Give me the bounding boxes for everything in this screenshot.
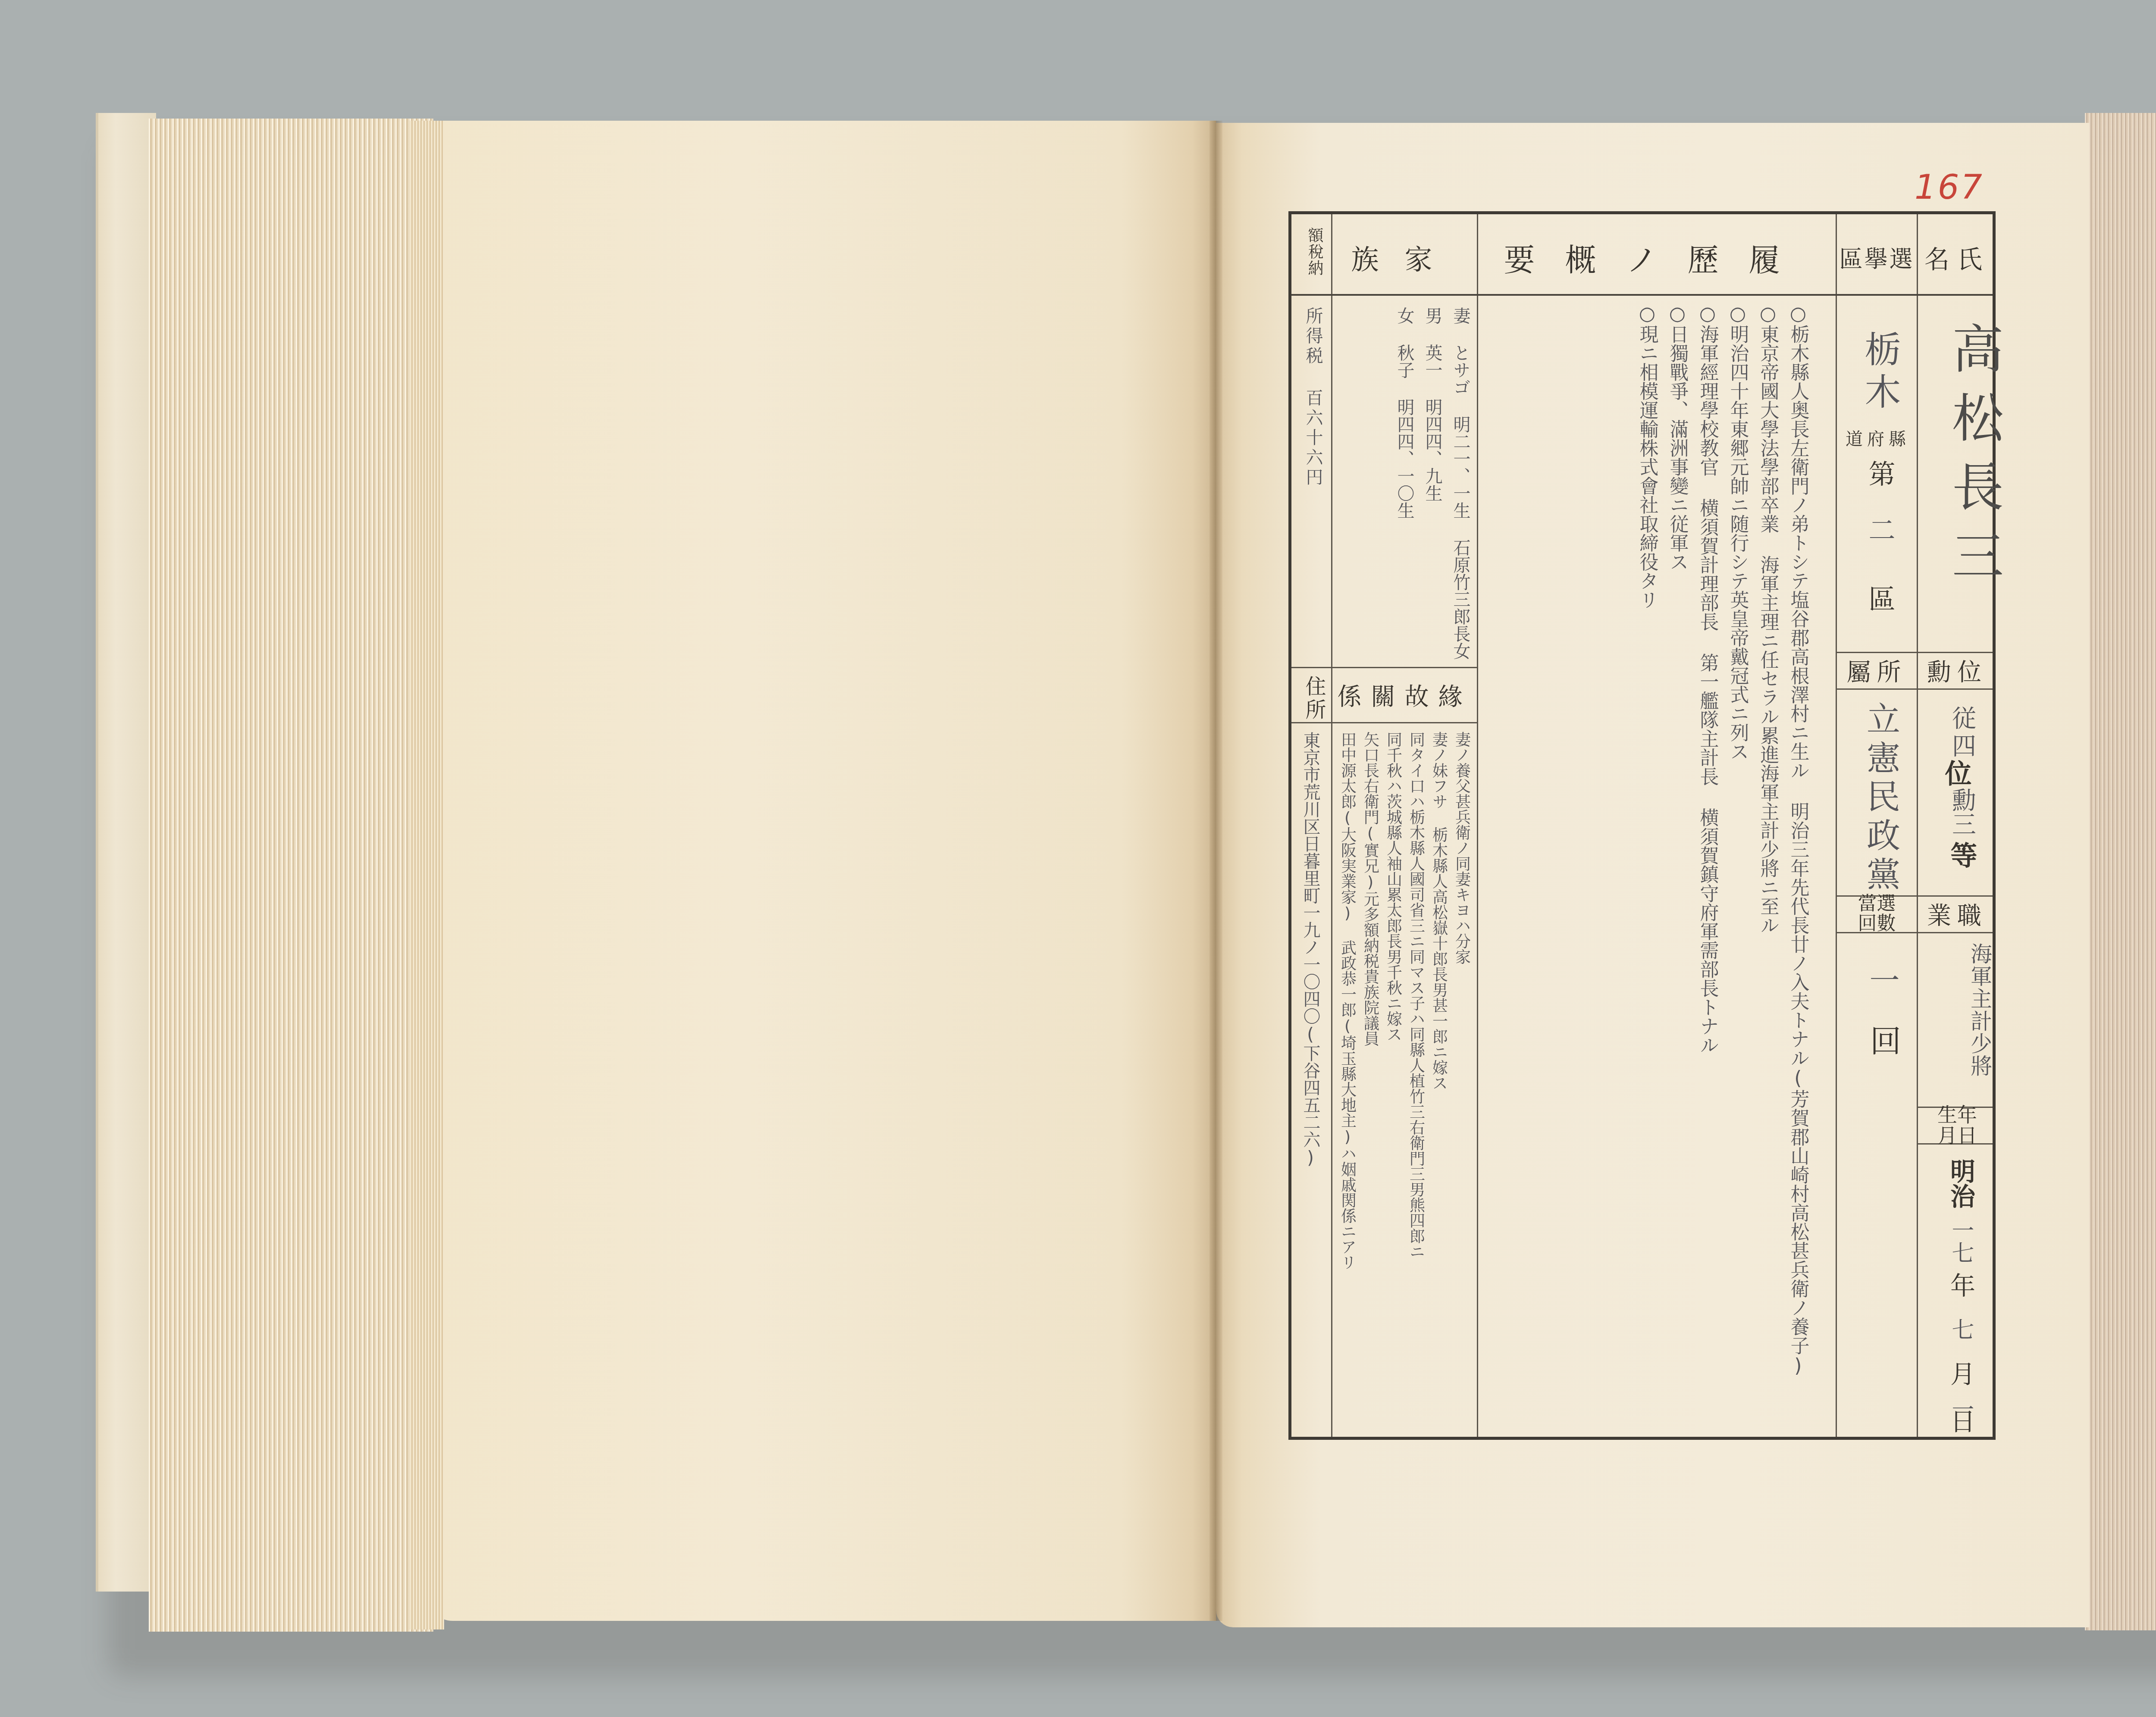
times-elected-unit: 回 bbox=[1861, 1025, 1905, 1056]
header-career-summary: 要概ノ歷履 bbox=[1479, 223, 1835, 292]
address-value: 東京市荒川区日暮里町一九ノ一〇四〇(下谷四五二六) bbox=[1301, 732, 1320, 1168]
row-divider bbox=[1918, 688, 1993, 690]
header-divider bbox=[1291, 294, 1993, 296]
left-page-stack bbox=[149, 119, 433, 1632]
book-gutter bbox=[1210, 121, 1222, 1621]
header-relations: 係關故緣 bbox=[1332, 668, 1477, 721]
occupation-value: 海軍主計少將 bbox=[1964, 943, 1995, 1077]
row-divider bbox=[1332, 722, 1477, 723]
district-prefecture: 栃木 bbox=[1854, 331, 1906, 415]
birth-month-unit: 月 bbox=[1943, 1361, 1979, 1386]
district-prefecture-suffix: 道府縣 bbox=[1846, 425, 1910, 450]
header-party: 屬所 bbox=[1837, 653, 1917, 688]
col-divider bbox=[1477, 214, 1478, 1437]
district-number-prefix: 第 bbox=[1861, 460, 1899, 487]
relation-entry: 妻ノ妹フサ 栃木縣人高松嶽十郎長男甚一郎ニ嫁ス bbox=[1430, 732, 1448, 1091]
header-address: 住所 bbox=[1299, 676, 1329, 722]
relation-entry: 矢口長右衛門(實兄)元多額納税貴族院議員 bbox=[1362, 732, 1379, 1046]
member-record-form: 名氏 高松長三 勳位 従四 位 勳三 等 業職 海軍主計少將 生年月日 明治 一… bbox=[1288, 211, 1996, 1440]
row-divider bbox=[1291, 667, 1331, 668]
col-divider bbox=[1836, 214, 1837, 1437]
member-name: 高松長三 bbox=[1936, 322, 2010, 598]
rank-line2: 位 bbox=[1943, 760, 1969, 786]
header-name: 名氏 bbox=[1919, 223, 1996, 292]
career-entry: ○現ニ相模運輸株式會社取締役タリ bbox=[1636, 303, 1657, 609]
birth-year-unit: 年 bbox=[1943, 1273, 1979, 1298]
career-entry: ○海軍經理學校教官 横須賀計理部長 第一艦隊主計長 横須賀鎮守府軍需部長トナル bbox=[1697, 303, 1717, 1054]
header-district: 區擧選 bbox=[1837, 223, 1917, 292]
rank-line4: 等 bbox=[1943, 841, 1981, 868]
district-suffix: 區 bbox=[1861, 585, 1899, 612]
birth-era: 明治 bbox=[1943, 1158, 1979, 1208]
relation-entry: 同千秋ハ茨城縣人袖山累太郎長男千秋ニ嫁ス bbox=[1385, 732, 1402, 1042]
row-divider bbox=[1291, 722, 1331, 723]
header-times-elected: 當選回數 bbox=[1837, 897, 1917, 931]
row-divider bbox=[1918, 932, 1993, 933]
header-occupation: 業職 bbox=[1919, 897, 1996, 931]
row-divider bbox=[1837, 688, 1917, 690]
birth-year: 一七 bbox=[1945, 1219, 1977, 1264]
family-member: 女 秋子 明四四、一〇生 bbox=[1395, 307, 1414, 519]
party-value: 立憲民政黨 bbox=[1856, 701, 1905, 895]
career-entry: ○東京帝國大學法學部卒業 海軍主理ニ任セラル累進海軍主計少將ニ至ル bbox=[1757, 303, 1778, 935]
left-cover-board bbox=[96, 113, 156, 1592]
col-divider bbox=[1917, 214, 1918, 1437]
family-member: 男 英一 明四四、九生 bbox=[1423, 307, 1442, 502]
times-elected-count: 一 bbox=[1861, 964, 1904, 995]
tax-amount: 所得税 百六十六円 bbox=[1301, 307, 1326, 488]
header-tax: 額稅納 bbox=[1304, 227, 1326, 276]
birth-day-unit: 日 bbox=[1943, 1408, 1979, 1433]
header-family: 族家 bbox=[1332, 223, 1477, 292]
left-page-blank bbox=[427, 121, 1216, 1621]
rank-line3: 勳三 bbox=[1945, 788, 1979, 836]
right-page-stack bbox=[2085, 113, 2156, 1630]
relation-entry: 妻ノ養父甚兵衛ノ同妻キヨハ分家 bbox=[1453, 732, 1470, 964]
left-page-edge bbox=[410, 121, 444, 1629]
career-entry: ○栃木縣人奥長左衛門ノ弟トシテ塩谷郡高根澤村ニ生ル 明治三年先代長廿ノ入夫トナル… bbox=[1787, 303, 1808, 1377]
district-number: 二 bbox=[1861, 516, 1899, 543]
col-divider bbox=[1331, 214, 1332, 1437]
header-birth-date: 生年月日 bbox=[1919, 1108, 1996, 1142]
relation-entry: 同タイ口ハ栃木縣人國司省三ニ同マス子ハ同縣人植竹三右衛門三男熊四郎ニ bbox=[1407, 732, 1425, 1259]
family-member: 妻 とサゴ 明二一、一生 石原竹三郎長女 bbox=[1451, 307, 1470, 660]
relation-entry: 田中源太郎(大阪実業家) 武政恭一郎(埼玉縣大地主)ハ姻戚関係ニアリ bbox=[1339, 732, 1356, 1270]
birth-month: 七 bbox=[1945, 1318, 1977, 1340]
career-entry: ○日獨戰爭、滿洲事變ニ従軍ス bbox=[1667, 303, 1687, 571]
career-entry: ○明治四十年東郷元帥ニ随行シテ英皇帝戴冠式ニ列ス bbox=[1727, 303, 1748, 761]
header-rank: 勳位 bbox=[1919, 653, 1996, 688]
rank-line1: 従四 bbox=[1945, 706, 1979, 761]
page-number: 167 bbox=[1915, 168, 1984, 207]
